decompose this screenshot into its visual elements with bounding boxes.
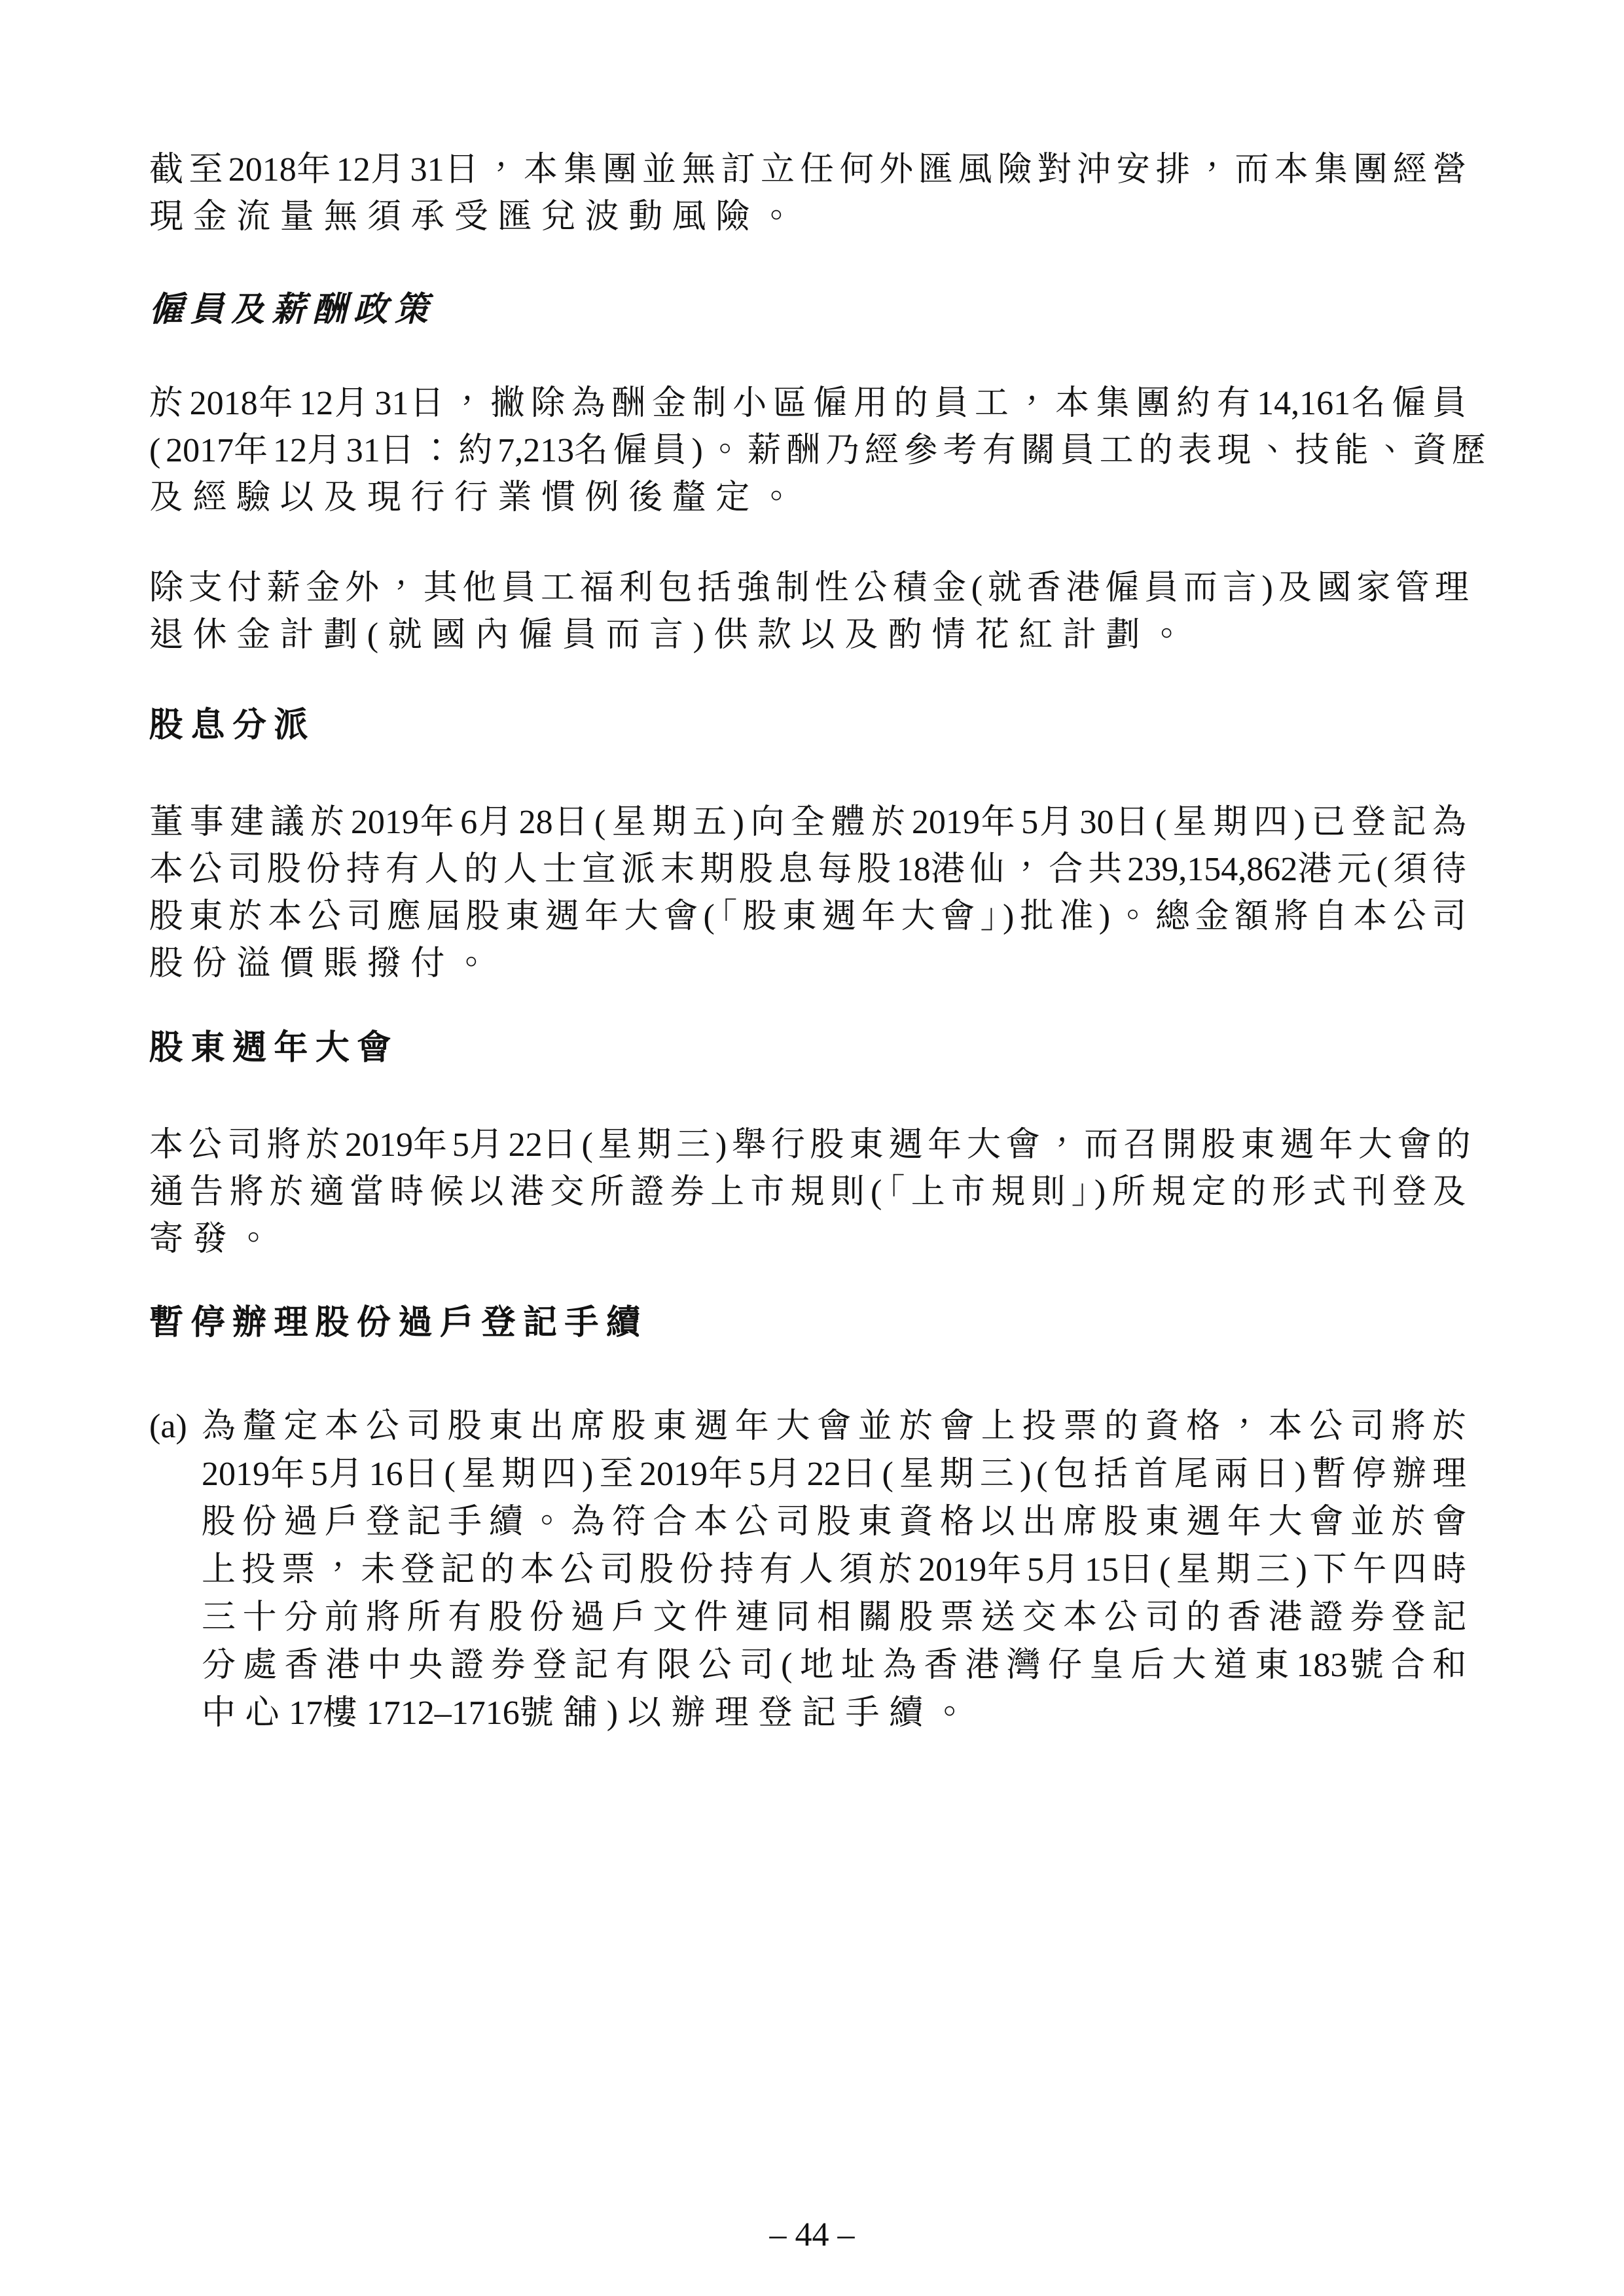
heading-annual-general-meeting: 股東週年大會 <box>149 1025 1471 1072</box>
page-footer: – 44 – <box>0 2212 1624 2259</box>
text-line: (2017年12月31日：約7,213名僱員)。薪酬乃經參考有關員工的表現、技能… <box>149 427 1471 475</box>
text-line: 上投票，未登記的本公司股份持有人須於2019年5月15日(星期三)下午四時 <box>202 1546 1471 1594</box>
text-line: 本公司將於2019年5月22日(星期三)舉行股東週年大會，而召開股東週年大會的 <box>149 1122 1471 1169</box>
text-line: 股份過戶登記手續。為符合本公司股東資格以出席股東週年大會並於會 <box>202 1498 1471 1546</box>
text-line: 股東於本公司應屆股東週年大會(「股東週年大會」)批准)。總金額將自本公司 <box>149 893 1471 941</box>
text-line: 為釐定本公司股東出席股東週年大會並於會上投票的資格，本公司將於 <box>202 1403 1471 1450</box>
paragraph-dividend-proposal: 董事建議於2019年6月28日(星期五)向全體於2019年5月30日(星期四)已… <box>149 799 1471 988</box>
heading-closure-of-register: 暫停辦理股份過戶登記手續 <box>149 1300 1471 1347</box>
text-line: 分處香港中央證券登記有限公司(地址為香港灣仔皇后大道東183號合和 <box>202 1641 1471 1689</box>
annual-report-page: 截至2018年12月31日，本集團並無訂立任何外匯風險對沖安排，而本集團經營現金… <box>0 0 1624 2296</box>
text-line: 除支付薪金外，其他員工福利包括強制性公積金(就香港僱員而言)及國家管理 <box>149 565 1471 612</box>
text-line: 寄發。 <box>149 1216 1471 1263</box>
text-line: 2019年5月16日(星期四)至2019年5月22日(星期三)(包括首尾兩日)暫… <box>202 1450 1471 1498</box>
text-line: 現金流量無須承受匯兌波動風險。 <box>149 194 1471 241</box>
list-marker-a: (a) <box>149 1403 187 1450</box>
paragraph-fx-risk: 截至2018年12月31日，本集團並無訂立任何外匯風險對沖安排，而本集團經營現金… <box>149 147 1471 241</box>
list-item-a: (a) 為釐定本公司股東出席股東週年大會並於會上投票的資格，本公司將於2019年… <box>149 1403 1471 1737</box>
heading-dividend-distribution: 股息分派 <box>149 702 1471 749</box>
text-line: 本公司股份持有人的人士宣派末期股息每股18港仙，合共239,154,862港元(… <box>149 846 1471 893</box>
text-line: 截至2018年12月31日，本集團並無訂立任何外匯風險對沖安排，而本集團經營 <box>149 147 1471 194</box>
text-line: 通告將於適當時候以港交所證券上市規則(「上市規則」)所規定的形式刊登及 <box>149 1169 1471 1216</box>
paragraph-agm-notice: 本公司將於2019年5月22日(星期三)舉行股東週年大會，而召開股東週年大會的通… <box>149 1122 1471 1263</box>
list-item-a-text: 為釐定本公司股東出席股東週年大會並於會上投票的資格，本公司將於2019年5月16… <box>202 1403 1471 1737</box>
heading-employees-remuneration-policy: 僱員及薪酬政策 <box>149 287 1471 334</box>
text-line: 三十分前將所有股份過戶文件連同相關股票送交本公司的香港證券登記 <box>202 1594 1471 1641</box>
text-line: 及經驗以及現行行業慣例後釐定。 <box>149 475 1471 522</box>
text-line: 於2018年12月31日，撇除為酬金制小區僱用的員工，本集團約有14,161名僱… <box>149 380 1471 427</box>
text-line: 股份溢價賬撥付。 <box>149 941 1471 988</box>
page-number: – 44 – <box>770 2216 855 2253</box>
text-line: 董事建議於2019年6月28日(星期五)向全體於2019年5月30日(星期四)已… <box>149 799 1471 846</box>
text-line: 中心17樓1712–1716號舖)以辦理登記手續。 <box>202 1689 1471 1737</box>
paragraph-employees-headcount: 於2018年12月31日，撇除為酬金制小區僱用的員工，本集團約有14,161名僱… <box>149 380 1471 522</box>
text-line: 退休金計劃(就國內僱員而言)供款以及酌情花紅計劃。 <box>149 612 1471 659</box>
paragraph-employee-benefits: 除支付薪金外，其他員工福利包括強制性公積金(就香港僱員而言)及國家管理退休金計劃… <box>149 565 1471 659</box>
page-body: 截至2018年12月31日，本集團並無訂立任何外匯風險對沖安排，而本集團經營現金… <box>0 0 1624 1737</box>
